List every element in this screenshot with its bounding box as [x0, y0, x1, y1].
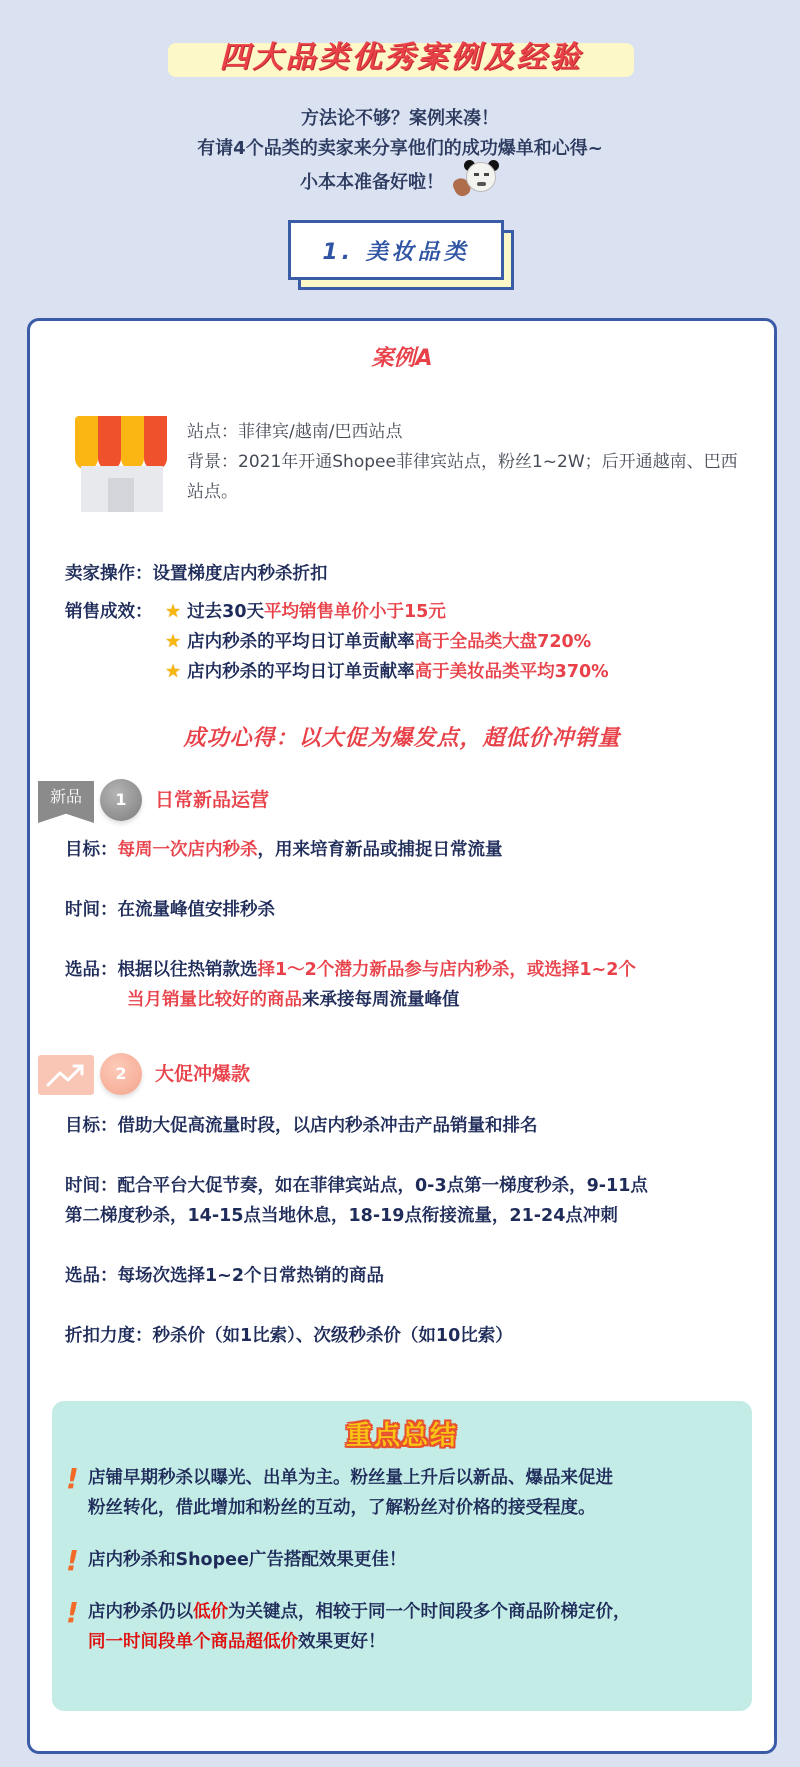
- case-card: 案例A 站点：菲律宾/越南/巴西站点 背景：2021年开通Shopee菲律宾站点…: [27, 318, 777, 1754]
- summary-item: ! 店铺早期秒杀以曝光、出单为主。粉丝量上升后以新品、爆品来促进 粉丝转化，借此…: [66, 1463, 742, 1523]
- background-value: 2021年开通Shopee菲律宾站点，粉丝1~2W；后开通越南、巴西站点。: [187, 452, 738, 502]
- door: [108, 478, 134, 512]
- s2-time: 时间：配合平台大促节奏，如在菲律宾站点，0-3点第一梯度秒杀，9-11点 第二梯…: [65, 1171, 765, 1231]
- s1-pick: 选品：根据以往热销款选择1～2个潜力新品参与店内秒杀，或选择1~2个 当月销量比…: [65, 955, 755, 1015]
- step-number-badge: 1: [100, 779, 142, 821]
- site-value: 菲律宾/越南/巴西站点: [238, 422, 402, 442]
- star-icon: ★: [165, 661, 181, 682]
- s2-goal: 目标：借助大促高流量时段，以店内秒杀冲击产品销量和排名: [65, 1111, 538, 1141]
- key-summary-box: 重点总结 ! 店铺早期秒杀以曝光、出单为主。粉丝量上升后以新品、爆品来促进 粉丝…: [52, 1401, 752, 1711]
- trend-up-icon: [38, 1055, 94, 1095]
- intro-line-2: 有请4个品类的卖家来分享他们的成功爆单和心得~: [0, 134, 800, 164]
- step-number-badge: 2: [100, 1053, 142, 1095]
- s1-goal: 目标：每周一次店内秒杀，用来培育新品或捕捉日常流量: [65, 835, 503, 865]
- site-row: 站点：菲律宾/越南/巴西站点: [187, 417, 747, 447]
- s2-pick: 选品：每场次选择1~2个日常热销的商品: [65, 1261, 384, 1291]
- insight-heading: 成功心得：以大促为爆发点，超低价冲销量: [30, 721, 774, 752]
- case-title: 案例A: [30, 341, 774, 372]
- s2-discount: 折扣力度：秒杀价（如1比索）、次级秒杀价（如10比索）: [65, 1321, 513, 1351]
- summary-title: 重点总结: [52, 1415, 752, 1452]
- intro-line-1: 方法论不够？案例来凑！: [0, 104, 800, 134]
- background-row: 背景：2021年开通Shopee菲律宾站点，粉丝1~2W；后开通越南、巴西站点。: [187, 447, 747, 507]
- exclamation-icon: !: [66, 1597, 79, 1629]
- results-label: 销售成效：: [65, 597, 153, 627]
- intro-line-3-text: 小本本准备好啦！: [300, 172, 444, 193]
- category-title: 1. 美妆品类: [322, 235, 469, 266]
- section-title: 日常新品运营: [155, 785, 269, 812]
- awning: [75, 416, 167, 470]
- intro-line-3: 小本本准备好啦！: [0, 164, 800, 202]
- shop-info: 站点：菲律宾/越南/巴西站点 背景：2021年开通Shopee菲律宾站点，粉丝1…: [187, 417, 747, 507]
- section-2-header: 2 大促冲爆款: [38, 1051, 438, 1095]
- storefront-icon: [75, 416, 167, 512]
- star-icon: ★: [165, 631, 181, 652]
- category-label-box: 1. 美妆品类: [288, 220, 504, 280]
- s1-time: 时间：在流量峰值安排秒杀: [65, 895, 275, 925]
- result-item: ★过去30天平均销售单价小于15元: [165, 597, 765, 627]
- summary-item: ! 店内秒杀仍以低价为关键点，相较于同一个时间段多个商品阶梯定价， 同一时间段单…: [66, 1597, 742, 1657]
- intro-text: 方法论不够？案例来凑！ 有请4个品类的卖家来分享他们的成功爆单和心得~ 小本本准…: [0, 104, 800, 202]
- result-item: ★店内秒杀的平均日订单贡献率高于全品类大盘720%: [165, 627, 765, 657]
- seller-operation: 卖家操作：设置梯度店内秒杀折扣: [65, 559, 328, 589]
- section-title: 大促冲爆款: [155, 1059, 250, 1086]
- section-1-header: 新品 1 日常新品运营: [38, 777, 438, 821]
- summary-item: ! 店内秒杀和Shopee广告搭配效果更佳！: [66, 1545, 742, 1575]
- star-icon: ★: [165, 601, 181, 622]
- page-title: 四大品类优秀案例及经验: [168, 32, 634, 76]
- results-list: ★过去30天平均销售单价小于15元 ★店内秒杀的平均日订单贡献率高于全品类大盘7…: [165, 597, 765, 687]
- panda-sticker-icon: [454, 160, 500, 198]
- new-product-tag: 新品: [38, 781, 94, 823]
- page-title-banner: 四大品类优秀案例及经验: [168, 38, 634, 78]
- exclamation-icon: !: [66, 1463, 79, 1495]
- exclamation-icon: !: [66, 1545, 79, 1577]
- category-label: 1. 美妆品类: [288, 220, 514, 282]
- result-item: ★店内秒杀的平均日订单贡献率高于美妆品类平均370%: [165, 657, 765, 687]
